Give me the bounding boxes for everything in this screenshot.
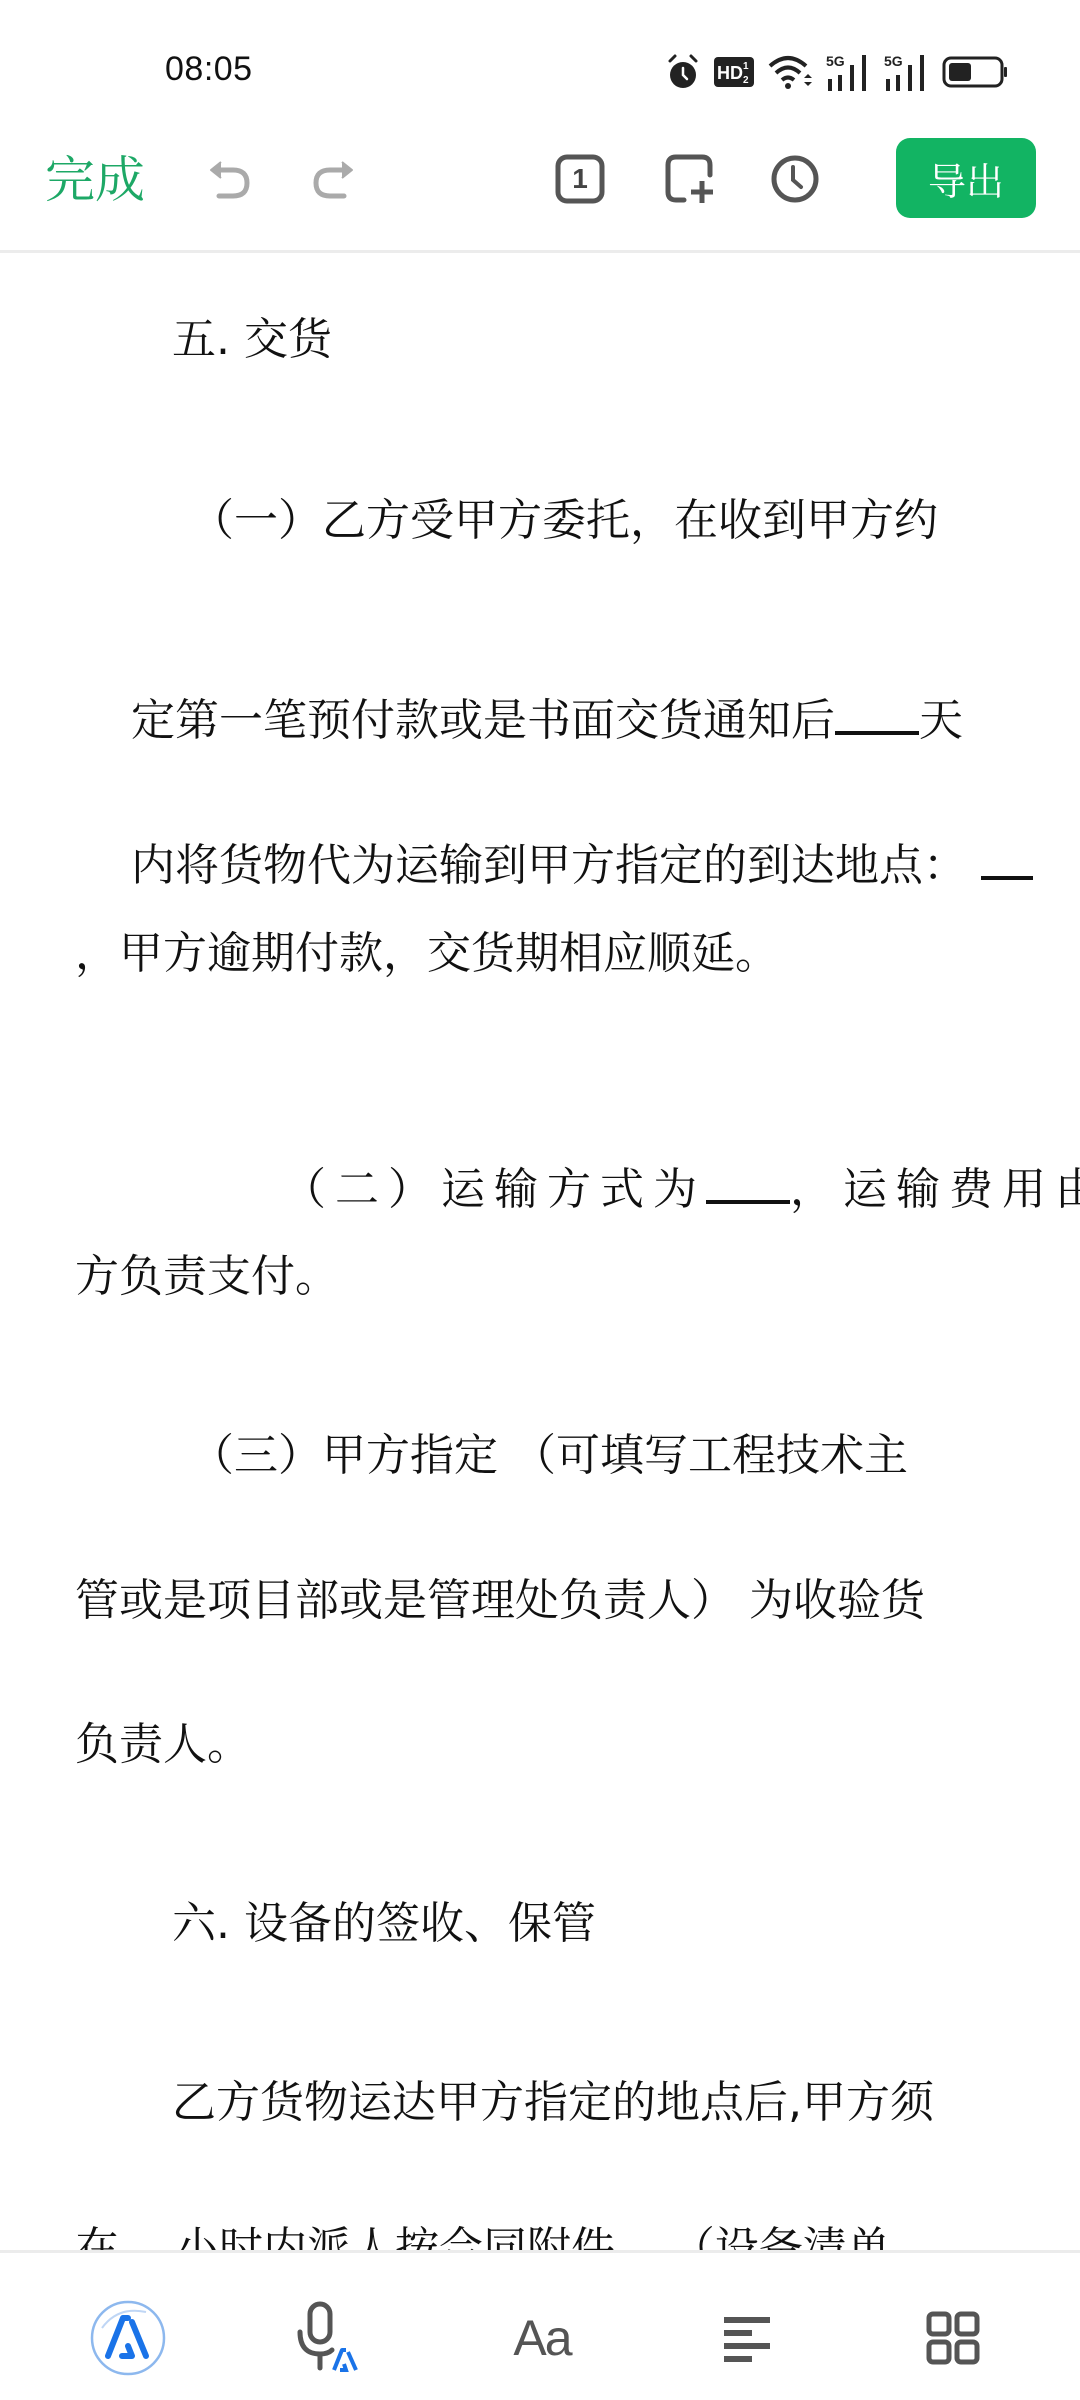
fill-blank-days[interactable] — [835, 695, 919, 735]
paragraph-line: 负责人。 — [75, 1717, 251, 1773]
redo-button[interactable] — [306, 152, 360, 206]
clock-icon — [770, 154, 820, 204]
paragraph-line: （三）甲方指定 （可填写工程技术主 — [190, 1428, 908, 1484]
text-format-label: Aa — [513, 2309, 570, 2367]
ai-icon — [88, 2298, 168, 2378]
paragraph-line: 管或是项目部或是管理处负责人） 为收验货 — [75, 1573, 925, 1629]
paragraph-line: 定第一笔预付款或是书面交货通知后天 — [75, 637, 963, 805]
paragraph-align-button[interactable] — [702, 2293, 792, 2383]
voice-input-button[interactable] — [284, 2293, 374, 2383]
more-tools-button[interactable] — [908, 2293, 998, 2383]
page-count: 1 — [572, 163, 588, 195]
microphone-ai-icon — [294, 2298, 364, 2378]
signal-5g-icon: 5G — [826, 53, 870, 91]
history-button[interactable] — [768, 152, 822, 206]
paragraph-line: 方负责支付。 — [75, 1249, 339, 1305]
svg-text:1: 1 — [743, 61, 749, 72]
paragraph-line: 在 小时内派人按合同附件 （设备清单 — [75, 2221, 891, 2250]
svg-text:HD: HD — [717, 63, 743, 83]
paragraph-line: 乙方货物运达甲方指定的地点后,甲方须 — [172, 2075, 934, 2131]
paragraph-line: （一）乙方受甲方委托，在收到甲方约 — [190, 493, 938, 549]
section-heading: 五. 交货 — [172, 312, 332, 368]
paragraph-line: 内将货物代为运输到甲方指定的到达地点： — [75, 782, 1033, 950]
page-count-button[interactable]: 1 — [553, 152, 607, 206]
export-button[interactable]: 导出 — [896, 138, 1036, 218]
svg-text:2: 2 — [743, 75, 749, 86]
hd-voice-icon: HD12 — [714, 57, 754, 87]
bottom-toolbar: Aa — [0, 2250, 1080, 2400]
fill-blank-location[interactable] — [981, 840, 1033, 880]
battery-icon — [942, 56, 1008, 88]
svg-text:5G: 5G — [826, 53, 845, 69]
signal-5g-icon: 5G — [884, 53, 928, 91]
status-bar: 08:05 HD12 5G 5G — [0, 0, 1080, 130]
undo-button[interactable] — [203, 152, 257, 206]
editor-toolbar: 完成 1 导出 — [0, 130, 1080, 251]
line-text: 定第一笔预付款或是书面交货通知后 — [131, 695, 835, 746]
paragraph-line: ，甲方逾期付款，交货期相应顺延。 — [75, 926, 779, 982]
svg-text:5G: 5G — [884, 53, 903, 69]
add-page-button[interactable] — [663, 152, 717, 206]
text-format-button[interactable]: Aa — [497, 2293, 587, 2383]
undo-icon — [205, 156, 255, 202]
status-icons: HD12 5G 5G — [666, 53, 1008, 91]
align-left-icon — [722, 2313, 772, 2363]
section-heading: 六. 设备的签收、保管 — [172, 1896, 596, 1952]
fill-blank-transport[interactable] — [706, 1164, 790, 1204]
line-text: 内将货物代为运输到甲方指定的到达地点： — [131, 840, 967, 891]
line-text: ，运输费用由 — [790, 1164, 1080, 1215]
status-time: 08:05 — [165, 50, 253, 89]
grid-icon — [926, 2311, 980, 2365]
add-page-icon — [664, 153, 716, 205]
alarm-icon — [666, 53, 700, 91]
ai-assistant-button[interactable] — [83, 2293, 173, 2383]
redo-icon — [308, 156, 358, 202]
line-text: （二）运输方式为 — [282, 1164, 706, 1215]
wifi-icon — [768, 54, 812, 90]
done-button[interactable]: 完成 — [45, 150, 145, 210]
document-editor[interactable]: 五. 交货 （一）乙方受甲方委托，在收到甲方约 定第一笔预付款或是书面交货通知后… — [0, 253, 1080, 2250]
line-text: 天 — [919, 695, 963, 746]
